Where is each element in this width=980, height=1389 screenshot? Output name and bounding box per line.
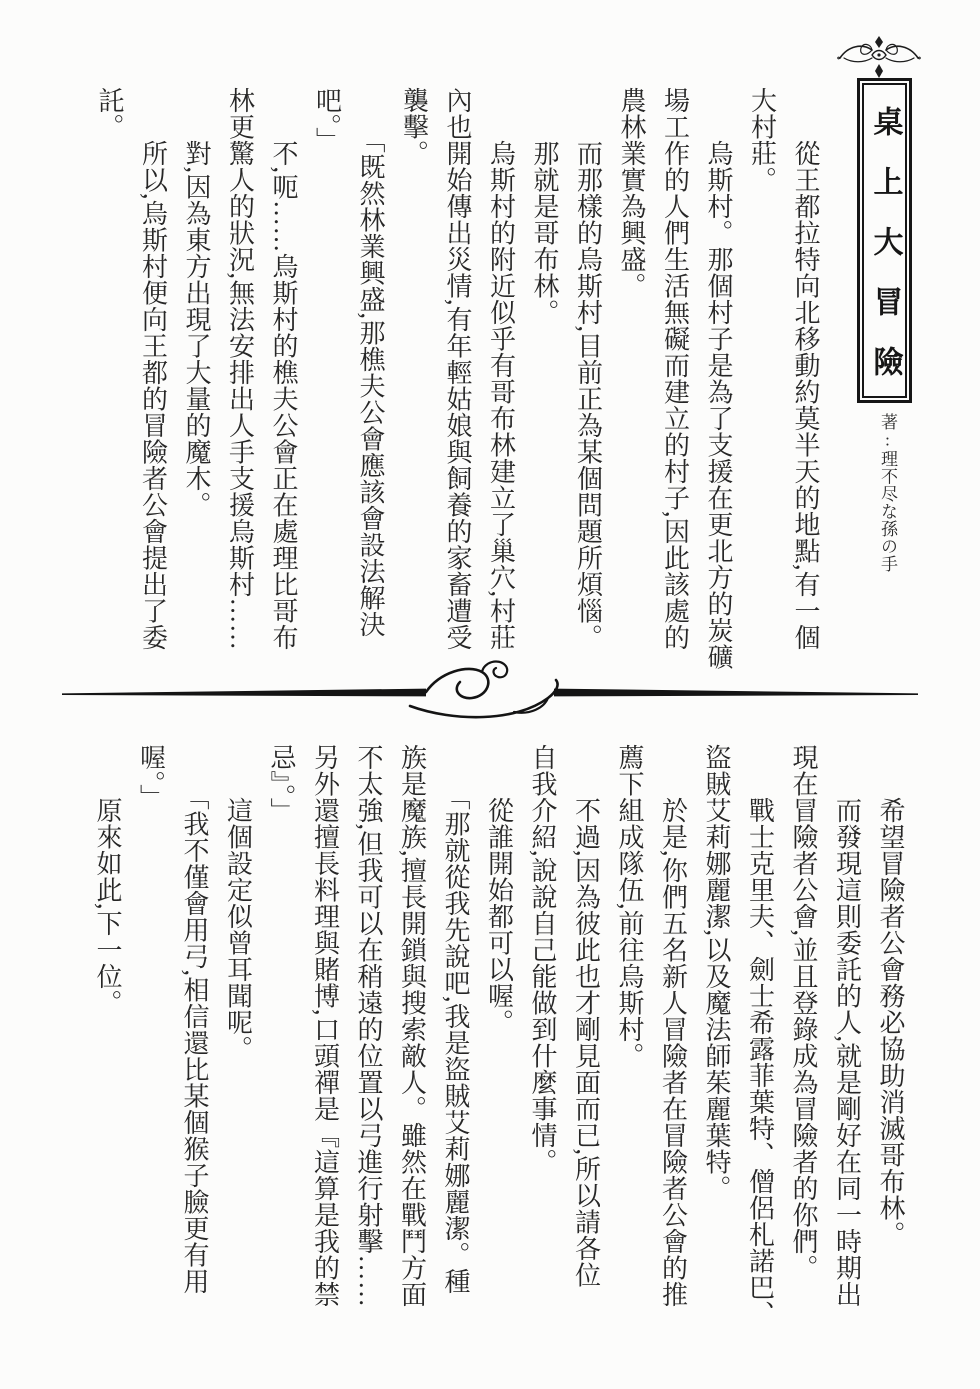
text-column: 吧。」 <box>305 87 349 667</box>
text-column: 於是,你們五名新人冒險者在冒險者公會的推 <box>651 744 695 1324</box>
text-column: 「既然林業興盛,那樵夫公會應該會設法解決 <box>349 87 393 667</box>
text-column: 從誰開始都可以喔。 <box>477 744 521 1324</box>
text-column: 所以,烏斯村便向王都的冒險者公會提出了委 <box>131 87 175 667</box>
header-ornament-icon <box>834 33 924 81</box>
text-column: 烏斯村的附近似乎有哥布林建立了巢穴,村莊 <box>479 87 523 667</box>
text-column: 盜賊艾莉娜麗潔,以及魔法師茱麗葉特。 <box>695 744 739 1324</box>
text-column: 農林業實為興盛。 <box>610 87 654 667</box>
top-text-section: 從王都拉特向北移動約莫半天的地點,有一個 大村莊。 烏斯村。那個村子是為了支援在… <box>88 87 828 667</box>
text-column: 對,因為東方出現了大量的魔木。 <box>175 87 219 667</box>
text-column: 內也開始傳出災情,有年輕姑娘與飼養的家畜遭受 <box>436 87 480 667</box>
text-column: 那就是哥布林。 <box>523 87 567 667</box>
text-column: 另外還擅長料理與賭博,口頭禪是『這算是我的禁 <box>303 744 347 1324</box>
text-column: 烏斯村。那個村子是為了支援在更北方的炭礦 <box>697 87 741 667</box>
text-column: 場工作的人們生活無礙而建立的村子,因此該處的 <box>653 87 697 667</box>
text-column: 襲擊。 <box>392 87 436 667</box>
text-column: 喔。」 <box>129 744 173 1324</box>
title-box: 桌上大冒險 <box>857 78 912 403</box>
section-divider-icon <box>58 660 922 726</box>
text-column: 現在冒險者公會,並且登錄成為冒險者的你們。 <box>782 744 826 1324</box>
text-column: 希望冒險者公會務必協助消滅哥布林。 <box>869 744 913 1324</box>
text-column: 戰士克里夫、劍士希露菲葉特、僧侶札諾巴、 <box>738 744 782 1324</box>
text-column: 這個設定似曾耳聞呢。 <box>216 744 260 1324</box>
text-column: 忌』。」 <box>260 744 304 1324</box>
text-column: 自我介紹,說說自己能做到什麼事情。 <box>521 744 565 1324</box>
text-column: 「我不僅會用弓,相信還比某個猴子臉更有用 <box>173 744 217 1324</box>
text-column: 薦下組成隊伍,前往烏斯村。 <box>608 744 652 1324</box>
title-box-inner-border: 桌上大冒險 <box>862 83 907 398</box>
text-column: 而發現這則委託的人,就是剛好在同一時期出 <box>825 744 869 1324</box>
text-column: 大村莊。 <box>740 87 784 667</box>
text-column: 而那樣的烏斯村,目前正為某個問題所煩惱。 <box>566 87 610 667</box>
text-column: 不太強,但我可以在稍遠的位置以弓進行射擊…… <box>347 744 391 1324</box>
text-column: 族是魔族,擅長開鎖與搜索敵人。雖然在戰鬥方面 <box>390 744 434 1324</box>
text-column: 林更驚人的狀況,無法安排出人手支援烏斯村…… <box>218 87 262 667</box>
author-credit: 著:理不尽な孫の手 <box>879 413 896 573</box>
book-title: 桌上大冒險 <box>870 106 900 406</box>
text-column: 原來如此,下一位。 <box>86 744 130 1324</box>
text-column: 託。 <box>88 87 132 667</box>
page: { "page": { "title": "桌上大冒險", "author": … <box>0 0 980 1389</box>
text-column: 不過,因為彼此也才剛見面而已,所以請各位 <box>564 744 608 1324</box>
bottom-text-section: 希望冒險者公會務必協助消滅哥布林。 而發現這則委託的人,就是剛好在同一時期出 現… <box>86 744 913 1324</box>
text-column: 「那就從我先說吧,我是盜賊艾莉娜麗潔。種 <box>434 744 478 1324</box>
text-column: 從王都拉特向北移動約莫半天的地點,有一個 <box>784 87 828 667</box>
text-column: 不,呃……烏斯村的樵夫公會正在處理比哥布 <box>262 87 306 667</box>
